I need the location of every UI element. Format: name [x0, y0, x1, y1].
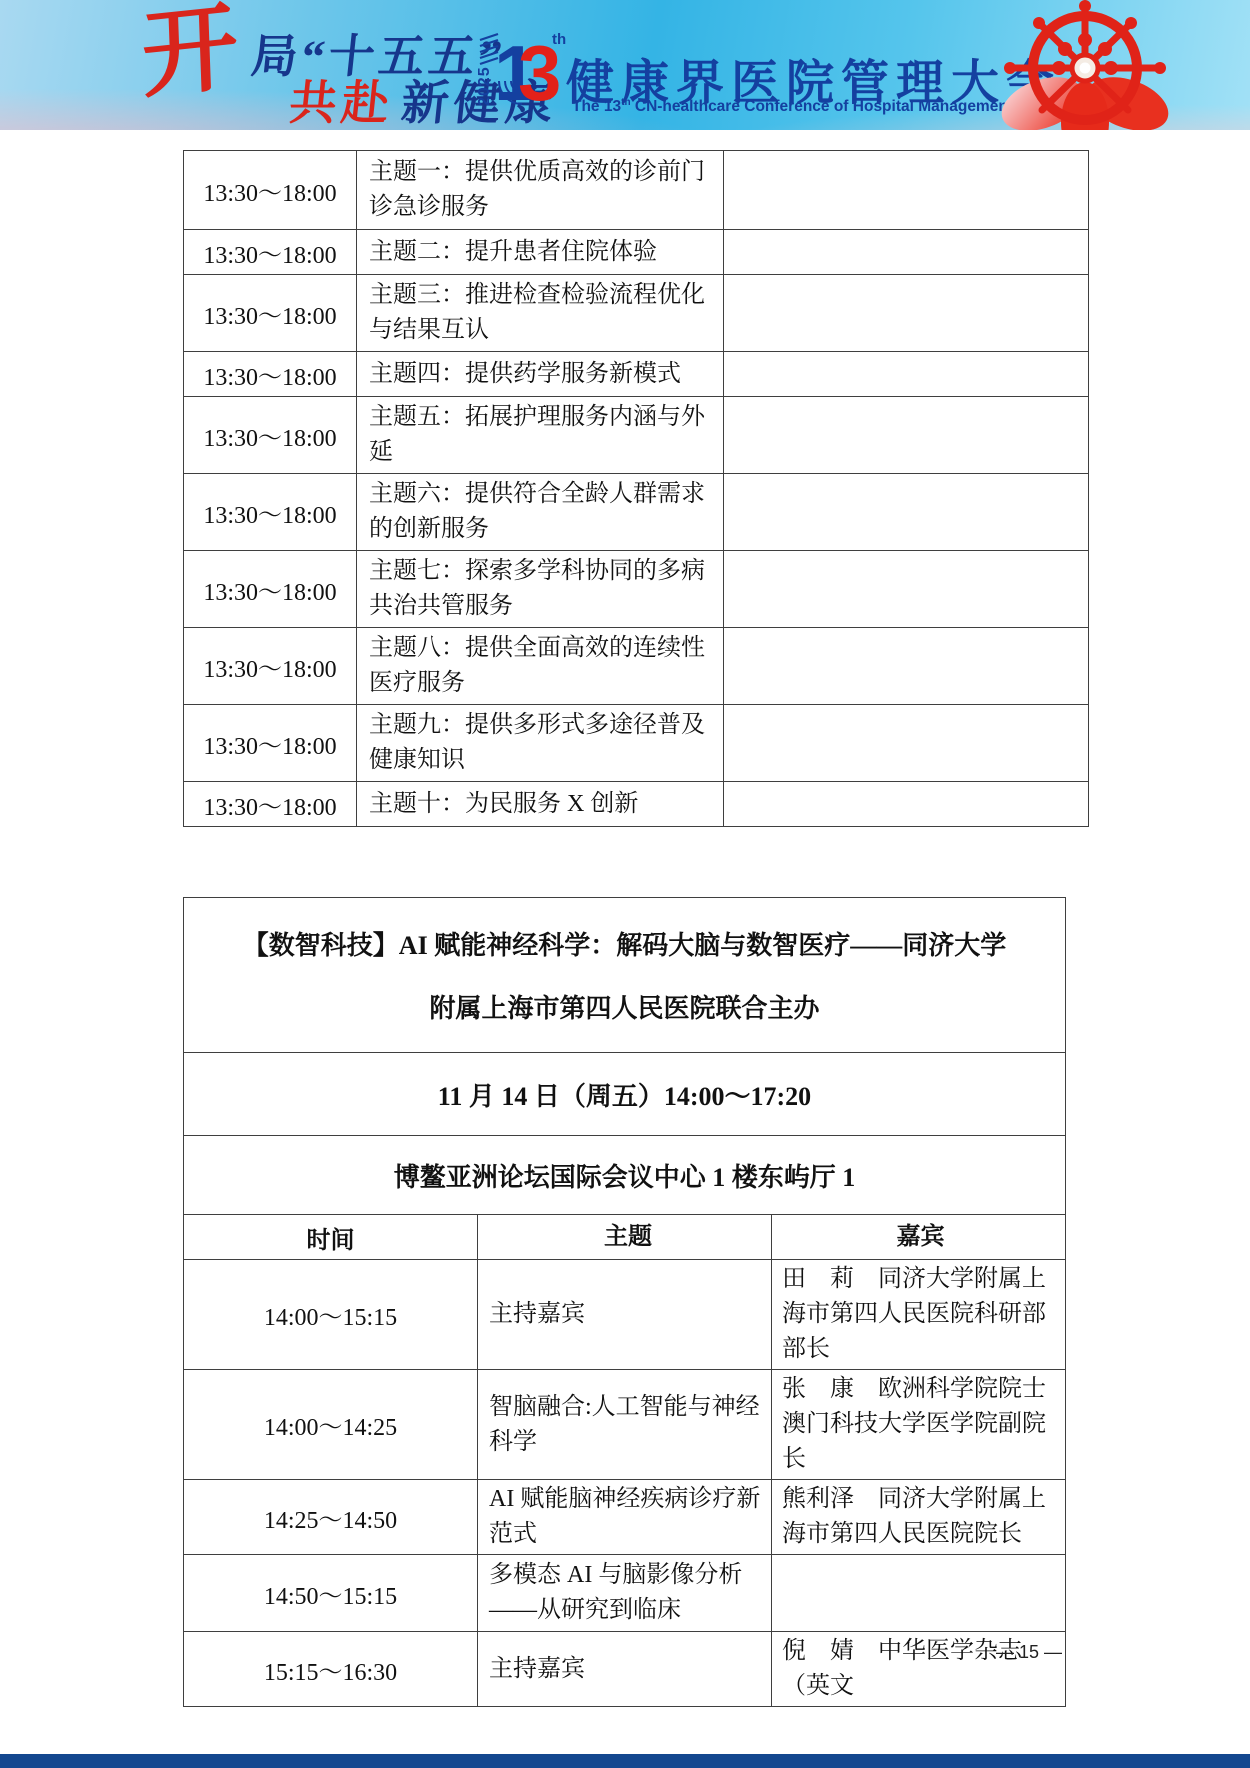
topic-cell: 主持嘉宾 — [478, 1260, 772, 1370]
topic-cell: 智脑融合:人工智能与神经科学 — [478, 1370, 772, 1480]
table-row: 13:30～18:00 主题四：提供药学服务新模式 — [184, 352, 1089, 397]
empty-cell — [724, 474, 1089, 551]
table-row: 13:30～18:00 主题五：拓展护理服务内涵与外延 — [184, 397, 1089, 474]
time-cell: 13:30～18:00 — [184, 230, 357, 275]
topic-cell: 主题五：拓展护理服务内涵与外延 — [357, 397, 724, 474]
topic-cell: 主题六：提供符合全龄人群需求的创新服务 — [357, 474, 724, 551]
ship-wheel-icon — [980, 0, 1190, 130]
table-row: 13:30～18:00 主题九：提供多形式多途径普及健康知识 — [184, 705, 1089, 782]
session-title-cell: 【数智科技】AI 赋能神经科学：解码大脑与数智医疗——同济大学 附属上海市第四人… — [184, 898, 1066, 1053]
empty-cell — [724, 782, 1089, 827]
time-cell: 13:30～18:00 — [184, 352, 357, 397]
topic-cell: 主题九：提供多形式多途径普及健康知识 — [357, 705, 724, 782]
session-row: 14:00～15:15 主持嘉宾 田 莉 同济大学附属上海市第四人民医院科研部部… — [184, 1260, 1066, 1370]
time-cell: 13:30～18:00 — [184, 275, 357, 352]
time-cell: 13:30～18:00 — [184, 474, 357, 551]
title-en-sup: th — [621, 97, 630, 108]
time-cell: 14:00～14:25 — [184, 1370, 478, 1480]
time-cell: 13:30～18:00 — [184, 397, 357, 474]
header-banner: 开 局“十五五” 共赴新健康 2025 1 3 th 健康界医院管理大会 The — [0, 0, 1250, 130]
session-venue: 博鳌亚洲论坛国际会议中心 1 楼东屿厅 1 — [184, 1136, 1066, 1215]
conference-13th-logo-icon: 2025 1 3 th — [478, 18, 570, 118]
table-row: 13:30～18:00 主题十：为民服务 X 创新 — [184, 782, 1089, 827]
guest-cell: 张 康 欧洲科学院院士 澳门科技大学医学院副院长 — [772, 1370, 1066, 1480]
table-row: 13:30～18:00 主题八：提供全面高效的连续性医疗服务 — [184, 628, 1089, 705]
table-row: 13:30～18:00 主题一：提供优质高效的诊前门诊急诊服务 — [184, 151, 1089, 230]
empty-cell — [724, 230, 1089, 275]
topic-cell: 主持嘉宾 — [478, 1632, 772, 1707]
session-venue-row: 博鳌亚洲论坛国际会议中心 1 楼东屿厅 1 — [184, 1136, 1066, 1215]
page-number: — 15 — — [996, 1642, 1062, 1663]
topic-cell: 多模态 AI 与脑影像分析——从研究到临床 — [478, 1555, 772, 1632]
empty-cell — [724, 275, 1089, 352]
logo-th-sup: th — [552, 31, 566, 48]
session-row: 14:50～15:15 多模态 AI 与脑影像分析——从研究到临床 — [184, 1555, 1066, 1632]
column-header-guest: 嘉宾 — [772, 1215, 1066, 1260]
guest-cell: 田 莉 同济大学附属上海市第四人民医院科研部部长 — [772, 1260, 1066, 1370]
empty-cell — [724, 551, 1089, 628]
topic-cell: 主题八：提供全面高效的连续性医疗服务 — [357, 628, 724, 705]
table-row: 13:30～18:00 主题二：提升患者住院体验 — [184, 230, 1089, 275]
session-datetime: 11 月 14 日（周五）14:00～17:20 — [184, 1053, 1066, 1136]
session-table: 【数智科技】AI 赋能神经科学：解码大脑与数智医疗——同济大学 附属上海市第四人… — [183, 897, 1066, 1707]
empty-cell — [724, 352, 1089, 397]
conference-title-en: The 13th CN-healthcare Conference of Hos… — [572, 97, 1013, 116]
time-cell: 13:30～18:00 — [184, 782, 357, 827]
session-title-row: 【数智科技】AI 赋能神经科学：解码大脑与数智医疗——同济大学 附属上海市第四人… — [184, 898, 1066, 1053]
empty-cell — [724, 705, 1089, 782]
time-cell: 13:30～18:00 — [184, 551, 357, 628]
session-title-line1: 【数智科技】AI 赋能神经科学：解码大脑与数智医疗——同济大学 — [185, 925, 1064, 962]
guest-cell — [772, 1555, 1066, 1632]
logo-year-vertical: 2025 — [478, 66, 493, 106]
empty-cell — [724, 628, 1089, 705]
time-cell: 13:30～18:00 — [184, 628, 357, 705]
session-row: 14:00～14:25 智脑融合:人工智能与神经科学 张 康 欧洲科学院院士 澳… — [184, 1370, 1066, 1480]
time-cell: 14:25～14:50 — [184, 1480, 478, 1555]
table-row: 13:30～18:00 主题七：探索多学科协同的多病共治共管服务 — [184, 551, 1089, 628]
slogan-big-char: 开 — [141, 0, 240, 105]
topic-cell: AI 赋能脑神经疾病诊疗新范式 — [478, 1480, 772, 1555]
empty-cell — [724, 397, 1089, 474]
guest-cell: 熊利泽 同济大学附属上海市第四人民医院院长 — [772, 1480, 1066, 1555]
time-cell: 14:50～15:15 — [184, 1555, 478, 1632]
topic-cell: 主题三：推进检查检验流程优化与结果互认 — [357, 275, 724, 352]
topic-cell: 主题二：提升患者住院体验 — [357, 230, 724, 275]
session-row: 15:15～16:30 主持嘉宾 倪 婧 中华医学杂志（英文 — [184, 1632, 1066, 1707]
topic-cell: 主题十：为民服务 X 创新 — [357, 782, 724, 827]
time-cell: 14:00～15:15 — [184, 1260, 478, 1370]
column-header-time: 时间 — [184, 1215, 478, 1260]
session-datetime-row: 11 月 14 日（周五）14:00～17:20 — [184, 1053, 1066, 1136]
slogan-line2-red: 共赴 — [287, 78, 396, 130]
table-row: 13:30～18:00 主题三：推进检查检验流程优化与结果互认 — [184, 275, 1089, 352]
document-page: 开 局“十五五” 共赴新健康 2025 1 3 th 健康界医院管理大会 The — [0, 0, 1250, 1768]
topic-cell: 主题七：探索多学科协同的多病共治共管服务 — [357, 551, 724, 628]
time-cell: 13:30～18:00 — [184, 151, 357, 230]
session-header-row: 时间 主题 嘉宾 — [184, 1215, 1066, 1260]
topic-cell: 主题一：提供优质高效的诊前门诊急诊服务 — [357, 151, 724, 230]
time-cell: 13:30～18:00 — [184, 705, 357, 782]
empty-cell — [724, 151, 1089, 230]
title-en-suffix: CN-healthcare Conference of Hospital Man… — [631, 98, 1013, 115]
footer-bar — [0, 1754, 1250, 1768]
session-title-line2: 附属上海市第四人民医院联合主办 — [185, 988, 1064, 1025]
title-en-prefix: The 13 — [572, 98, 621, 115]
time-cell: 15:15～16:30 — [184, 1632, 478, 1707]
topics-table: 13:30～18:00 主题一：提供优质高效的诊前门诊急诊服务 13:30～18… — [183, 150, 1089, 827]
table-row: 13:30～18:00 主题六：提供符合全龄人群需求的创新服务 — [184, 474, 1089, 551]
topic-cell: 主题四：提供药学服务新模式 — [357, 352, 724, 397]
column-header-topic: 主题 — [478, 1215, 772, 1260]
session-row: 14:25～14:50 AI 赋能脑神经疾病诊疗新范式 熊利泽 同济大学附属上海… — [184, 1480, 1066, 1555]
